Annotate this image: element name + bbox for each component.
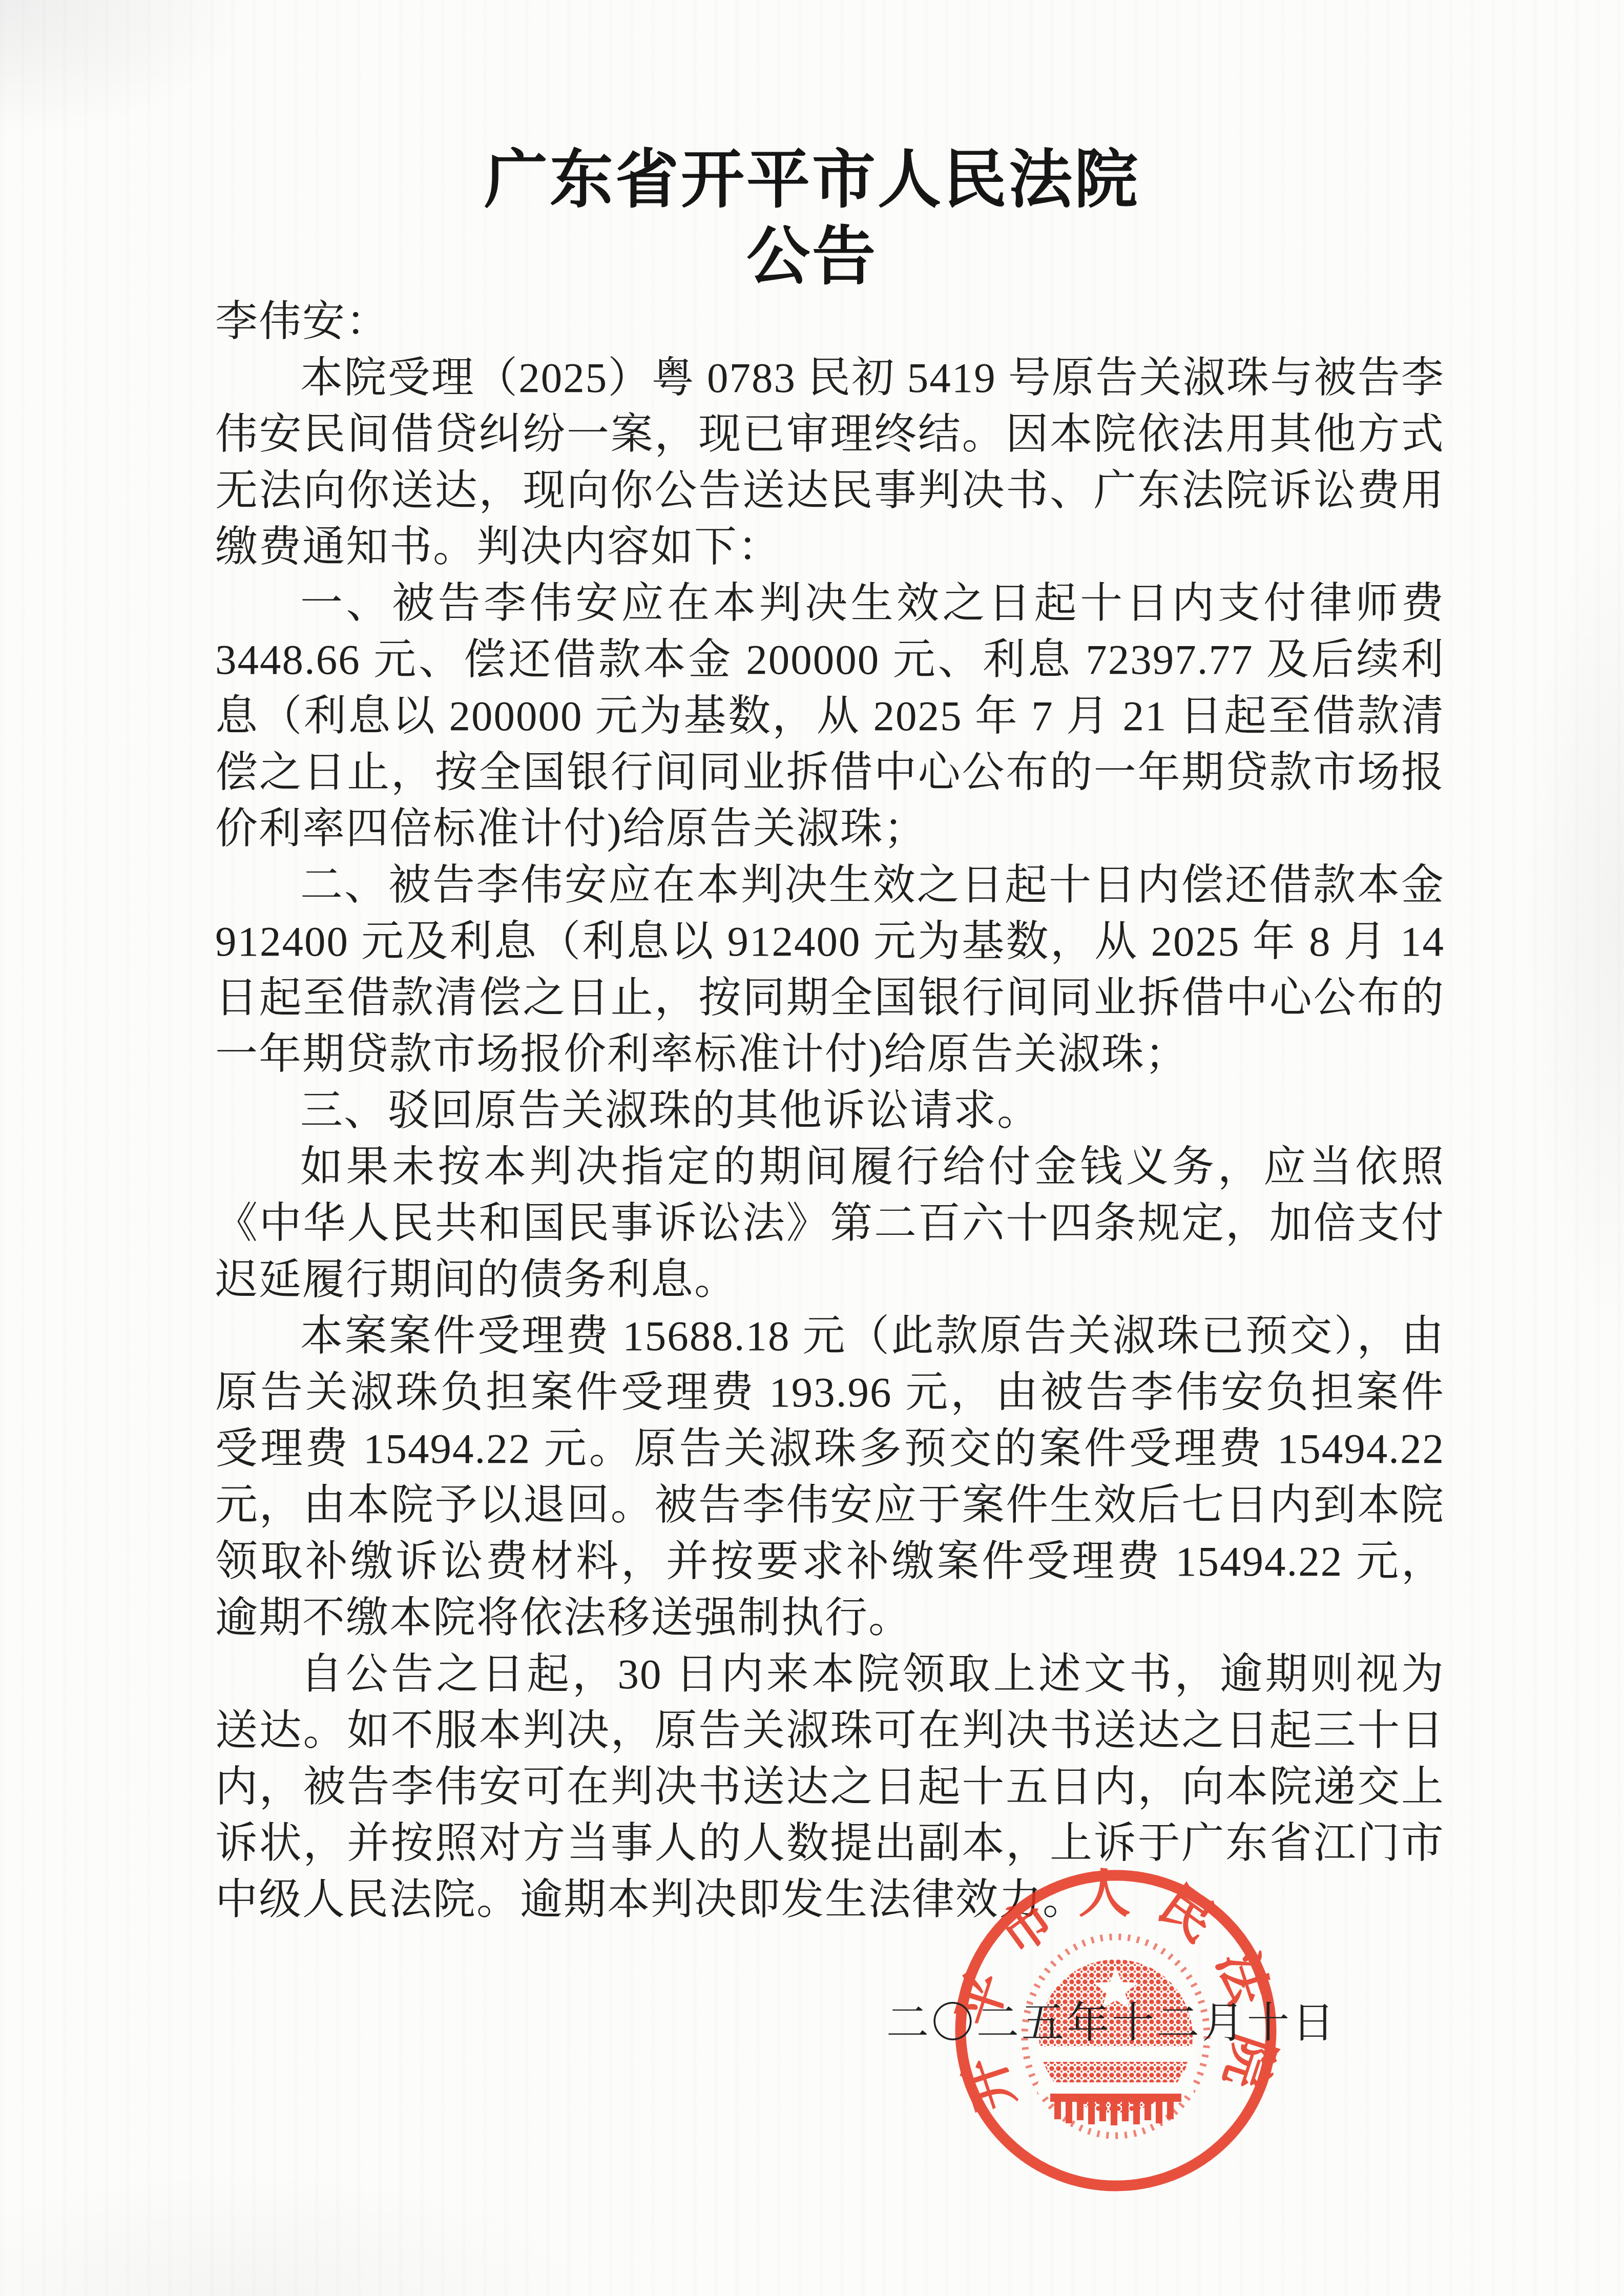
paragraph-court-fees: 本案案件受理费 15688.18 元（此款原告关淑珠已预交），由原告关淑珠负担案… — [215, 1308, 1445, 1646]
issue-date: 二〇二五年十二月十日 — [886, 1995, 1337, 2051]
document-body: 李伟安： 本院受理（2025）粤 0783 民初 5419 号原告关淑珠与被告李… — [215, 293, 1445, 1928]
paragraph-judgment-item-3: 三、驳回原告关淑珠的其他诉讼请求。 — [215, 1082, 1445, 1139]
paragraph-late-performance-interest: 如果未按本判决指定的期间履行给付金钱义务，应当依照《中华人民共和国民事诉讼法》第… — [215, 1139, 1445, 1308]
doc-type-title: 公告 — [0, 219, 1624, 296]
paragraph-judgment-item-2: 二、被告李伟安应在本判决生效之日起十日内偿还借款本金 912400 元及利息（利… — [215, 857, 1445, 1082]
document-header: 广东省开平市人民法院 公告 — [0, 142, 1624, 296]
paragraph-case-intro: 本院受理（2025）粤 0783 民初 5419 号原告关淑珠与被告李伟安民间借… — [215, 349, 1445, 575]
paragraph-judgment-item-1: 一、被告李伟安应在本判决生效之日起十日内支付律师费 3448.66 元、偿还借款… — [215, 575, 1445, 857]
scanned-court-announcement-page: 广东省开平市人民法院 公告 李伟安： 本院受理（2025）粤 0783 民初 5… — [0, 0, 1624, 2296]
salutation: 李伟安： — [215, 293, 1445, 349]
court-name-title: 广东省开平市人民法院 — [0, 142, 1624, 219]
